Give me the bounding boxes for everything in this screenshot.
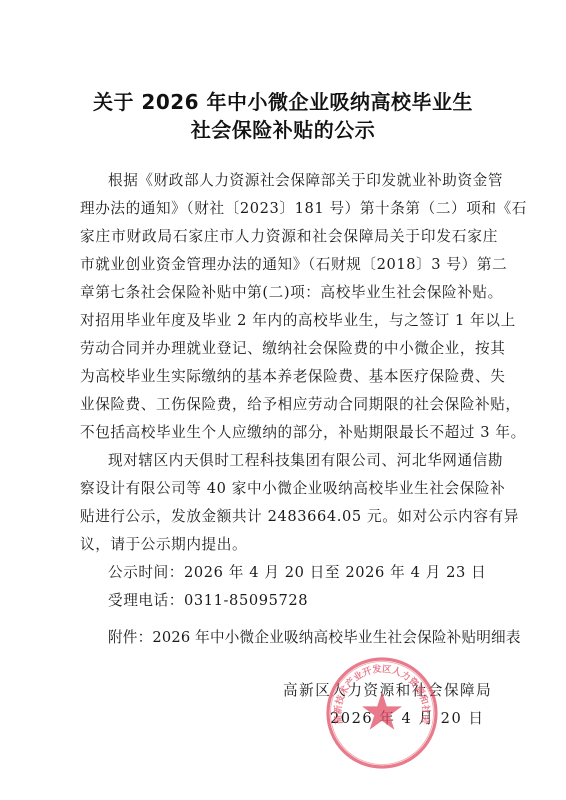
notice-period-label: 公示时间： — [108, 564, 184, 581]
body-line: 贴进行公示，发放金额共计 2483664.05 元。如对公示内容有异 — [80, 503, 498, 531]
body-line: 章第七条社会保险补贴中第(二)项：高校毕业生社会保险补贴。 — [80, 279, 498, 307]
body-line: 劳动合同并办理就业登记、缴纳社会保险费的中小微企业，按其 — [80, 335, 498, 363]
attachment: 附件：2026 年中小微企业吸纳高校毕业生社会保险补贴明细表 — [108, 624, 498, 652]
notice-period-value: 2026 年 4 月 20 日至 2026 年 4 月 23 日 — [184, 564, 486, 581]
body-line: 现对辖区内天俱时工程科技集团有限公司、河北华网通信勘 — [108, 447, 498, 475]
body-line: 业保险费、工伤保险费，给予相应劳动合同期限的社会保险补贴， — [80, 391, 498, 419]
body-line: 理办法的通知》（财社〔2023〕181 号）第十条第（二）项和《石 — [80, 195, 498, 223]
contact-phone-value: 0311-85095728 — [184, 592, 308, 609]
body-line: 市就业创业资金管理办法的通知》（石财规〔2018〕3 号）第二 — [80, 251, 498, 279]
body-line: 根据《财政部人力资源社会保障部关于印发就业补助资金管 — [108, 167, 498, 195]
body-line: 家庄市财政局石家庄市人力资源和社会保障局关于印发石家庄 — [80, 223, 498, 251]
body-line: 议，请于公示期内提出。 — [80, 531, 498, 559]
attachment-name: 2026 年中小微企业吸纳高校毕业生社会保险补贴明细表 — [152, 629, 520, 646]
contact-phone-label: 受理电话： — [108, 592, 184, 609]
contact-phone: 受理电话：0311-85095728 — [108, 587, 498, 615]
document-title-line-1: 关于 2026 年中小微企业吸纳高校毕业生 — [0, 88, 566, 116]
signature-organization: 高新区人力资源和社会保障局 — [283, 679, 492, 700]
body-line: 对招用毕业年度及毕业 2 年内的高校毕业生，与之签订 1 年以上 — [80, 307, 498, 335]
body-line: 察设计有限公司等 40 家中小微企业吸纳高校毕业生社会保险补 — [80, 475, 498, 503]
notice-period: 公示时间：2026 年 4 月 20 日至 2026 年 4 月 23 日 — [108, 559, 498, 587]
document-title-line-2: 社会保险补贴的公示 — [0, 116, 566, 144]
body-line: 不包括高校毕业生个人应缴纳的部分，补贴期限最长不超过 3 年。 — [80, 419, 498, 447]
body-line: 为高校毕业生实际缴纳的基本养老保险费、基本医疗保险费、失 — [80, 363, 498, 391]
attachment-label: 附件： — [108, 629, 152, 646]
signature-date: 2026 年 4 月 20 日 — [330, 707, 484, 728]
